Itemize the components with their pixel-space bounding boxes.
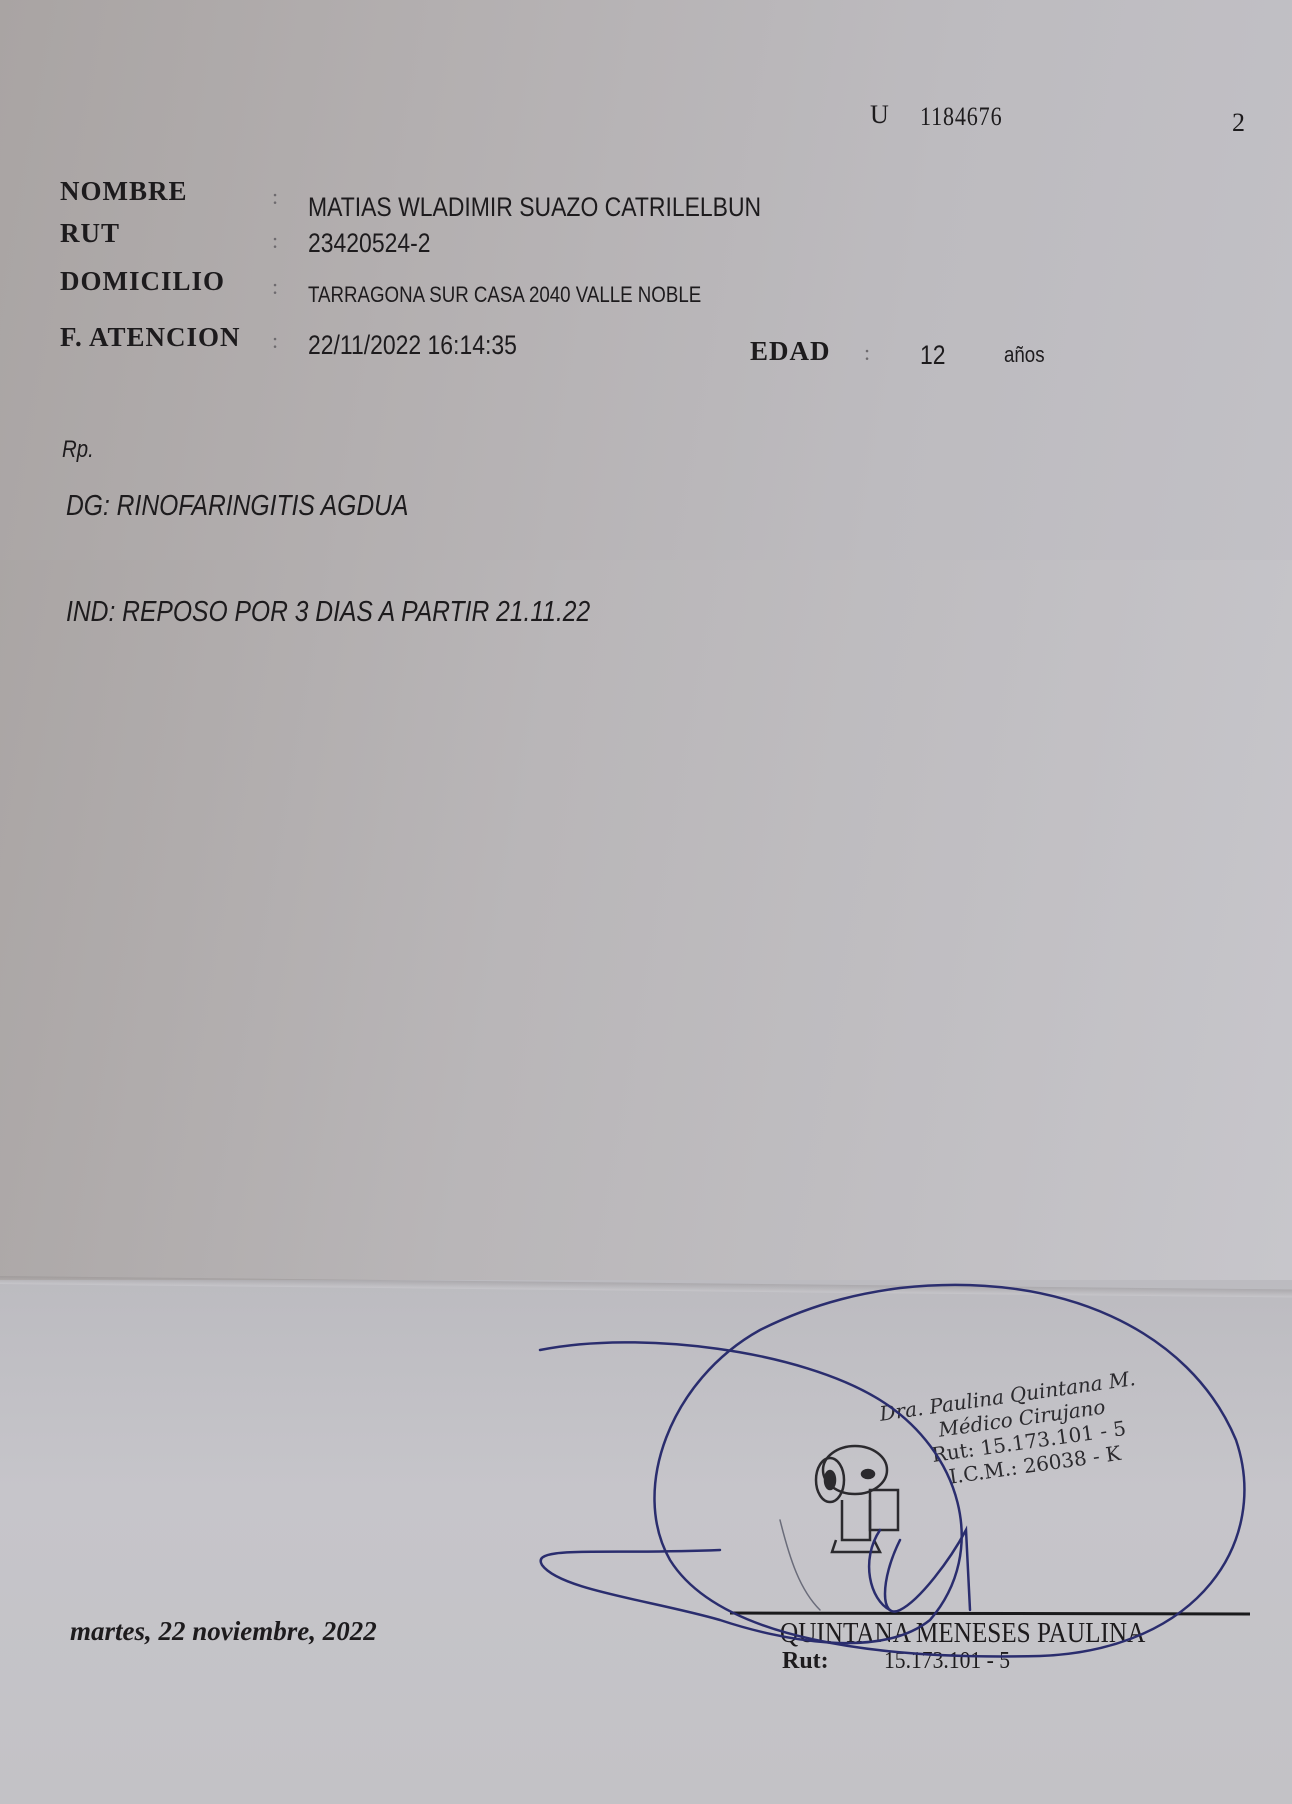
signature-svg	[0, 0, 1292, 1804]
signature-scribble	[540, 1285, 1244, 1657]
snoopy-stamp-icon	[816, 1446, 898, 1552]
